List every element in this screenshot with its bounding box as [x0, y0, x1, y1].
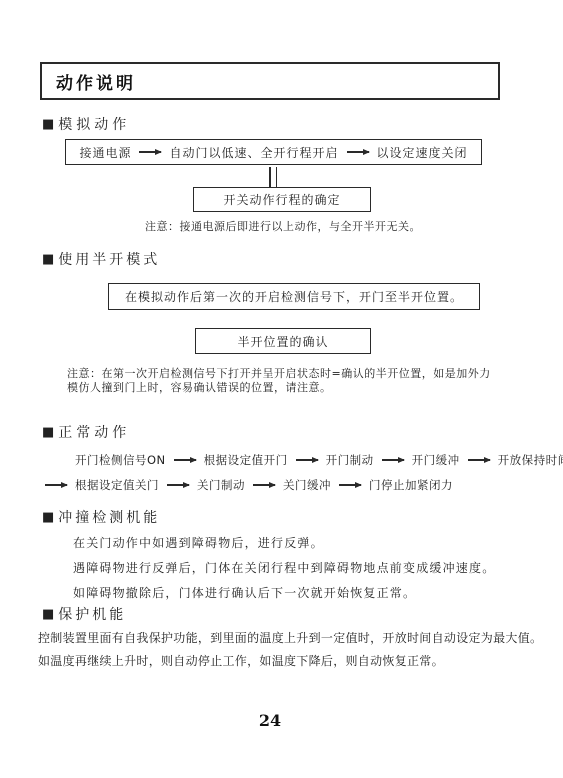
section-heading-label: 模拟动作 — [58, 114, 130, 134]
arrow-right-icon — [347, 151, 369, 153]
connector-bar — [269, 167, 271, 187]
half-open-note: 注意：在第一次开启检测信号下打开并呈开启状态时=确认的半开位置，如是加外力 模仿… — [67, 367, 491, 394]
arrow-right-icon — [139, 151, 161, 153]
arrow-right-icon — [382, 459, 404, 461]
simulated-note: 注意：接通电源后即进行以上动作，与全开半开无关。 — [145, 220, 421, 234]
half-open-confirm-box: 半开位置的确认 — [195, 328, 371, 354]
section-heading-collision: ■ 冲撞检测机能 — [42, 507, 160, 527]
section-heading-half-open: ■ 使用半开模式 — [42, 249, 160, 269]
result-box-label: 开关动作行程的确定 — [223, 191, 340, 208]
flow-step: 根据设定值开门 — [204, 452, 288, 468]
section-bullet-icon: ■ — [42, 607, 54, 622]
section-heading-normal: ■ 正常动作 — [42, 422, 130, 442]
section-heading-label: 冲撞检测机能 — [58, 507, 160, 527]
flow-step: 以设定速度关闭 — [377, 144, 468, 161]
title-box: 动作说明 — [40, 62, 500, 100]
collision-line: 在关门动作中如遇到障碍物后，进行反弹。 — [73, 534, 324, 551]
collision-line: 遇障碍物进行反弹后，门体在关闭行程中到障碍物地点前变成缓冲速度。 — [73, 559, 495, 576]
page-title: 动作说明 — [56, 69, 136, 94]
note-line: 注意：在第一次开启检测信号下打开并呈开启状态时=确认的半开位置，如是加外力 — [67, 367, 491, 381]
flow-step: 关门缓冲 — [283, 477, 331, 493]
protection-line: 控制装置里面有自我保护功能，到里面的温度上升到一定值时，开放时间自动设定为最大值… — [38, 629, 542, 646]
section-heading-label: 使用半开模式 — [58, 249, 160, 269]
flow-step: 接通电源 — [79, 144, 131, 161]
protection-line: 如温度再继续上升时，则自动停止工作，如温度下降后，则自动恢复正常。 — [38, 652, 444, 669]
section-bullet-icon: ■ — [42, 117, 54, 132]
flow-step: 开门检侧信号ON — [75, 452, 166, 468]
simulated-flow-box: 接通电源 自动门以低速、全开行程开启 以设定速度关闭 — [65, 139, 482, 165]
flow-step: 门停止加紧闭力 — [369, 477, 453, 493]
flow-step: 关门制动 — [197, 477, 245, 493]
detect-box-label: 在模拟动作后第一次的开启检测信号下，开门至半开位置。 — [125, 288, 463, 305]
arrow-right-icon — [174, 459, 196, 461]
flow-step: 开门制动 — [326, 452, 374, 468]
note-line: 模仿人撞到门上时，容易确认错误的位置，请注意。 — [67, 381, 491, 395]
confirm-box-label: 半开位置的确认 — [237, 333, 328, 350]
page-number: 24 — [0, 711, 540, 730]
arrow-right-icon — [167, 484, 189, 486]
arrow-right-icon — [253, 484, 275, 486]
arrow-right-icon — [45, 484, 67, 486]
flow-step: 根据设定值关门 — [75, 477, 159, 493]
manual-page: 动作说明 ■ 模拟动作 接通电源 自动门以低速、全开行程开启 以设定速度关闭 开… — [0, 0, 563, 778]
arrow-right-icon — [468, 459, 490, 461]
section-heading-label: 保护机能 — [58, 604, 126, 624]
normal-flow-line-1: 开门检侧信号ON 根据设定值开门 开门制动 开门缓冲 开放保持时间 — [75, 452, 563, 468]
arrow-right-icon — [296, 459, 318, 461]
flow-step: 自动门以低速、全开行程开启 — [169, 144, 338, 161]
flow-step: 开放保持时间 — [498, 452, 563, 468]
section-bullet-icon: ■ — [42, 252, 54, 267]
collision-line: 如障碍物撤除后，门体进行确认后下一次就开始恢复正常。 — [73, 584, 416, 601]
connector-bar — [276, 167, 278, 187]
section-heading-simulated: ■ 模拟动作 — [42, 114, 130, 134]
normal-flow-line-2: 根据设定值关门 关门制动 关门缓冲 门停止加紧闭力 — [43, 477, 453, 493]
section-bullet-icon: ■ — [42, 425, 54, 440]
simulated-result-box: 开关动作行程的确定 — [193, 187, 371, 212]
section-heading-protection: ■ 保护机能 — [42, 604, 126, 624]
arrow-right-icon — [339, 484, 361, 486]
flow-connector-double-bar — [269, 167, 277, 187]
section-heading-label: 正常动作 — [58, 422, 130, 442]
flow-step: 开门缓冲 — [412, 452, 460, 468]
section-bullet-icon: ■ — [42, 510, 54, 525]
half-open-detect-box: 在模拟动作后第一次的开启检测信号下，开门至半开位置。 — [108, 283, 480, 310]
